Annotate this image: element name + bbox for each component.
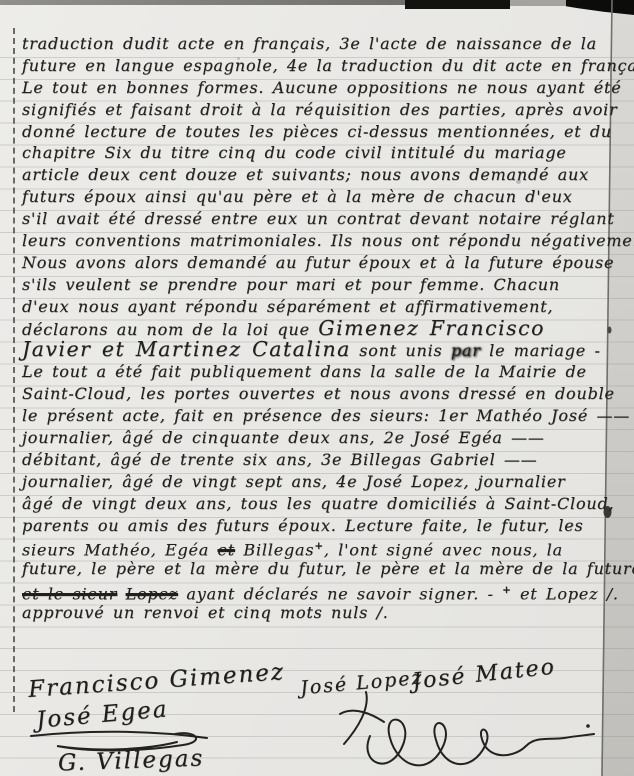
scanned-marriage-act-page: traduction dudit acte en français, 3e l'…: [0, 0, 634, 776]
manuscript-line: Saint-Cloud, les portes ouvertes et nous…: [22, 383, 612, 405]
manuscript-line: Javier et Martinez Catalina sont unis pa…: [22, 339, 612, 361]
text-segment: ayant déclarés ne savoir signer. -: [178, 585, 502, 604]
text-segment: s'ils veulent se prendre pour mari et po…: [22, 275, 560, 294]
manuscript-line: leurs conventions matrimoniales. Ils nou…: [22, 230, 612, 252]
text-segment: Billegas: [235, 541, 314, 560]
text-segment: et Lopez /.: [512, 585, 619, 604]
manuscript-line: Nous avons alors demandé au futur époux …: [22, 252, 612, 274]
text-segment: Le tout en bonnes formes. Aucune opposit…: [22, 78, 622, 97]
text-segment: [117, 585, 125, 604]
text-segment: le mariage -: [481, 341, 601, 360]
text-segment: débitant, âgé de trente six ans, 3e Bill…: [22, 450, 537, 469]
text-segment: approuvé un renvoi et cinq mots nuls /.: [22, 603, 389, 622]
manuscript-line: d'eux nous ayant répondu séparément et a…: [22, 296, 612, 318]
manuscript-line: traduction dudit acte en français, 3e l'…: [22, 33, 612, 55]
manuscript-line: s'ils veulent se prendre pour mari et po…: [22, 274, 612, 296]
text-segment: Gimenez Francisco: [318, 316, 545, 340]
manuscript-line: signifiés et faisant droit à la réquisit…: [22, 99, 612, 121]
text-segment: Le tout a été fait publiquement dans la …: [22, 362, 587, 381]
text-segment: sont unis: [351, 341, 451, 360]
text-segment: +: [502, 584, 512, 596]
struck-word: Lopez: [126, 585, 178, 604]
text-segment: d'eux nous ayant répondu séparément et a…: [22, 297, 553, 316]
text-segment: journalier, âgé de vingt sept ans, 4e Jo…: [22, 472, 566, 491]
text-segment: traduction dudit acte en français, 3e l'…: [22, 34, 597, 53]
text-segment: par: [451, 341, 481, 360]
manuscript-line: futurs époux ainsi qu'au père et à la mè…: [22, 186, 612, 208]
manuscript-line: déclarons au nom de la loi que Gimenez F…: [22, 318, 612, 340]
manuscript-line: future, le père et la mère du futur, le …: [22, 558, 612, 580]
text-segment: Javier et Martinez Catalina: [22, 337, 351, 361]
official-flourish-signature: [352, 694, 598, 776]
manuscript-line: journalier, âgé de cinquante deux ans, 2…: [22, 427, 612, 449]
text-segment: déclarons au nom de la loi que: [22, 320, 318, 339]
manuscript-line: parents ou amis des futurs époux. Lectur…: [22, 515, 612, 537]
manuscript-line: et le sieur Lopez ayant déclarés ne savo…: [22, 580, 612, 602]
manuscript-line: journalier, âgé de vingt sept ans, 4e Jo…: [22, 471, 612, 493]
text-segment: future en langue espagnole, 4e la traduc…: [22, 56, 634, 75]
manuscript-line: Le tout a été fait publiquement dans la …: [22, 361, 612, 383]
text-segment: signifiés et faisant droit à la réquisit…: [22, 100, 618, 119]
manuscript-line: débitant, âgé de trente six ans, 3e Bill…: [22, 449, 612, 471]
text-segment: article deux cent douze et suivants; nou…: [22, 165, 589, 184]
text-segment: future, le père et la mère du futur, le …: [22, 559, 634, 578]
struck-word: et le sieur: [22, 585, 117, 604]
text-segment: +: [314, 540, 324, 552]
egea-underline-flourish: [25, 728, 225, 756]
manuscript-text: traduction dudit acte en français, 3e l'…: [22, 33, 612, 624]
manuscript-line: chapitre Six du titre cinq du code civil…: [22, 142, 612, 164]
manuscript-line: sieurs Mathéo, Egéa et Billegas+, l'ont …: [22, 536, 612, 558]
text-segment: parents ou amis des futurs époux. Lectur…: [22, 516, 584, 535]
text-segment: chapitre Six du titre cinq du code civil…: [22, 143, 567, 162]
text-segment: futurs époux ainsi qu'au père et à la mè…: [22, 187, 573, 206]
manuscript-line: article deux cent douze et suivants; nou…: [22, 164, 612, 186]
text-segment: sieurs Mathéo, Egéa: [22, 541, 218, 560]
text-segment: le présent acte, fait en présence des si…: [22, 406, 630, 425]
manuscript-line: future en langue espagnole, 4e la traduc…: [22, 55, 612, 77]
text-segment: donné lecture de toutes les pièces ci-de…: [22, 122, 612, 141]
text-segment: Saint-Cloud, les portes ouvertes et nous…: [22, 384, 615, 403]
manuscript-line: le présent acte, fait en présence des si…: [22, 405, 612, 427]
text-segment: journalier, âgé de cinquante deux ans, 2…: [22, 428, 545, 447]
manuscript-line: âgé de vingt deux ans, tous les quatre d…: [22, 493, 612, 515]
text-segment: âgé de vingt deux ans, tous les quatre d…: [22, 494, 614, 513]
text-segment: Nous avons alors demandé au futur époux …: [22, 253, 614, 272]
text-segment: leurs conventions matrimoniales. Ils nou…: [22, 231, 634, 250]
manuscript-line: Le tout en bonnes formes. Aucune opposit…: [22, 77, 612, 99]
text-segment: , l'ont signé avec nous, la: [324, 541, 563, 560]
manuscript-line: donné lecture de toutes les pièces ci-de…: [22, 121, 612, 143]
manuscript-line: s'il avait été dressé entre eux un contr…: [22, 208, 612, 230]
manuscript-line: approuvé un renvoi et cinq mots nuls /.: [22, 602, 612, 624]
text-segment: s'il avait été dressé entre eux un contr…: [22, 209, 615, 228]
struck-word: et: [218, 541, 236, 560]
